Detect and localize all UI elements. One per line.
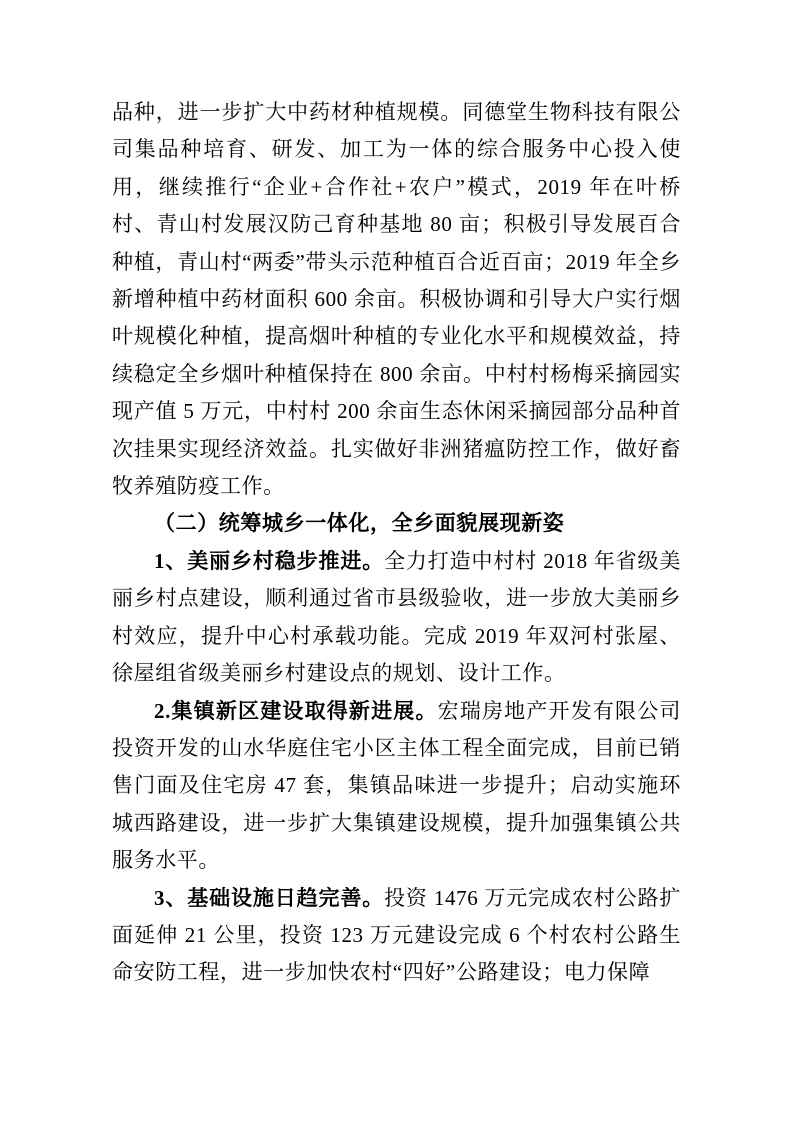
numbered-paragraph-3: 3、基础设施日趋完善。投资 1476 万元完成农村公路扩面延伸 21 公里，投资… xyxy=(112,880,681,992)
document-page: 品种，进一步扩大中药材种植规模。同德堂生物科技有限公司集品种培育、研发、加工为一… xyxy=(0,0,793,1122)
document-body: 品种，进一步扩大中药材种植规模。同德堂生物科技有限公司集品种培育、研发、加工为一… xyxy=(112,94,681,992)
paragraph-text: 品种，进一步扩大中药材种植规模。同德堂生物科技有限公司集品种培育、研发、加工为一… xyxy=(112,100,681,498)
numbered-paragraph-1: 1、美丽乡村稳步推进。全力打造中村村 2018 年省级美丽乡村点建设，顺利通过省… xyxy=(112,543,681,693)
numbered-paragraph-2-lead: 2.集镇新区建设取得新进展。 xyxy=(154,699,438,723)
numbered-paragraph-2-text: 宏瑞房地产开发有限公司投资开发的山水华庭住宅小区主体工程全面完成，目前已销售门面… xyxy=(112,699,681,873)
section-heading-text: （二）统筹城乡一体化，全乡面貌展现新姿 xyxy=(154,511,564,535)
numbered-paragraph-3-lead: 3、基础设施日趋完善。 xyxy=(154,886,384,910)
paragraph-continuation: 品种，进一步扩大中药材种植规模。同德堂生物科技有限公司集品种培育、研发、加工为一… xyxy=(112,94,681,505)
numbered-paragraph-2: 2.集镇新区建设取得新进展。宏瑞房地产开发有限公司投资开发的山水华庭住宅小区主体… xyxy=(112,693,681,880)
section-heading: （二）统筹城乡一体化，全乡面貌展现新姿 xyxy=(112,505,681,542)
numbered-paragraph-1-lead: 1、美丽乡村稳步推进。 xyxy=(154,549,384,573)
